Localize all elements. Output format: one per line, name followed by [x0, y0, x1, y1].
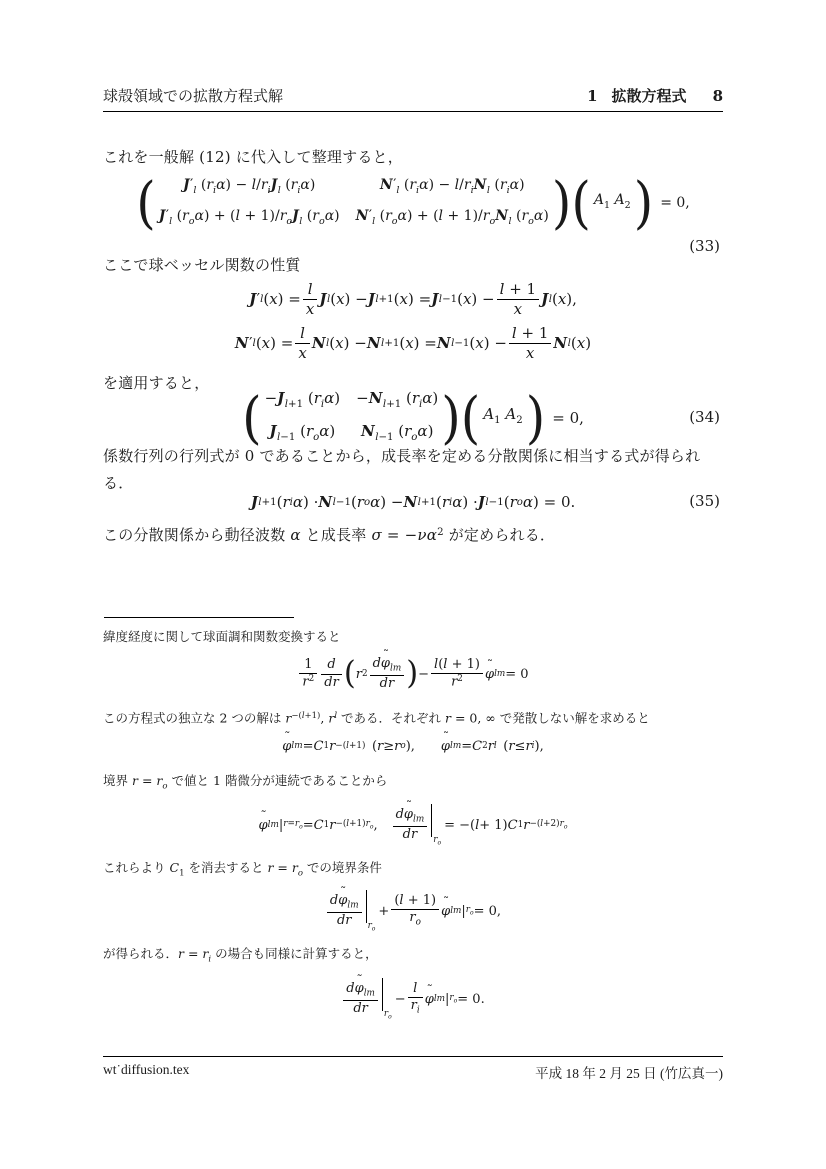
- equation-35: Jl+1 (riα) · Nl−1 (roα) − Nl+1 (riα) · J…: [103, 489, 723, 515]
- equation-rhs: = 0,: [552, 409, 584, 427]
- footnote-equation-1: 1r2 ddr ( r2d˜φlmdr ) − l(l + 1)r2 ˜φlm …: [103, 646, 723, 702]
- footnote-equation-5: d˜φlmdrro − lri˜φlm|ro = 0.: [103, 966, 723, 1032]
- footnote-equation-4: d˜φlmdrro + (l + 1)ro˜φlm|ro = 0,: [103, 880, 723, 942]
- footnote-line-3: 境界 r = ro で値と 1 階微分が連続であることから: [103, 771, 725, 796]
- footnote-line-1: 緯度経度に関して球面調和関数変換すると: [103, 627, 725, 647]
- equation-tag-34: (34): [689, 408, 720, 426]
- footnote-line-2: この方程式の独立な 2 つの解は r−(l+1), rl である．それぞれ r …: [103, 706, 725, 728]
- footnote-equation-2: ˜φlm = C1r−(l+1) (r ≥ ro), ˜φlm = C2rl (…: [103, 730, 723, 762]
- equation-tag-35: (35): [689, 492, 720, 510]
- paragraph-dispersion: この分散関係から動径波数 α と成長率 σ = −να2 が定められる．: [103, 519, 725, 549]
- page-header: 球殻領域での拡散方程式解 1 拡散方程式 8: [103, 85, 723, 106]
- footnote-rule: [104, 617, 294, 618]
- equation-rhs: = 0,: [660, 195, 690, 211]
- matrix-cell: J′l (riα) − l/riJl (riα): [159, 174, 340, 202]
- matrix-close-paren: ): [441, 390, 461, 446]
- vector-cell: A1: [483, 405, 500, 423]
- vector-cell: A2: [505, 405, 522, 423]
- matrix-cell: J′l (roα) + (l + 1)/roJl (roα): [159, 205, 340, 233]
- vector-open-paren: (: [461, 390, 481, 446]
- header-title: 球殻領域での拡散方程式解: [103, 85, 283, 106]
- paragraph-bessel-intro: ここで球ベッセル関数の性質: [103, 253, 725, 280]
- bessel-identity-j: J′l(x) = lxJl(x) − Jl+1(x) = Jl−1(x) − l…: [249, 278, 577, 320]
- footnote-equation-3: ˜φlm|r=ro = C1r−(l+1)ro, d˜φlmdrro = −(l…: [103, 794, 723, 856]
- matrix-cell: −Nl+1 (riα): [356, 387, 438, 416]
- matrix-open-paren: (: [242, 390, 262, 446]
- header-rule: [103, 111, 723, 112]
- vector-close-paren: ): [526, 390, 546, 446]
- document-page: 球殻領域での拡散方程式解 1 拡散方程式 8 これを一般解 (12) に代入して…: [0, 0, 826, 1169]
- vector-cell: A1: [594, 192, 610, 208]
- header-section: 1 拡散方程式 8: [587, 85, 723, 106]
- vector-cell: A2: [615, 192, 631, 208]
- matrix-cell: −Jl+1 (riα): [265, 387, 341, 416]
- bessel-identities: J′l(x) = lxJl(x) − Jl+1(x) = Jl−1(x) − l…: [103, 278, 723, 364]
- paragraph-intro: これを一般解 (12) に代入して整理すると，: [103, 144, 725, 171]
- matrix-cell: N′l (riα) − l/riNl (riα): [356, 174, 549, 202]
- vector-open-paren: (: [571, 175, 591, 231]
- header-page-number: 8: [713, 87, 723, 105]
- vector-close-paren: ): [634, 175, 654, 231]
- bessel-identity-n: N′l(x) = lxNl(x) − Nl+1(x) = Nl−1(x) − l…: [235, 322, 591, 364]
- header-section-title: 拡散方程式: [612, 85, 687, 106]
- footer-rule: [103, 1056, 723, 1057]
- footer-date-author: 平成 18 年 2 月 25 日 (竹広真一): [535, 1062, 723, 1082]
- footer-filename: wt˙diffusion.tex: [103, 1062, 189, 1082]
- header-section-number: 1: [587, 87, 597, 105]
- equation-33: ( J′l (riα) − l/riJl (riα) N′l (riα) − l…: [103, 168, 723, 238]
- equation-34: ( −Jl+1 (riα) −Nl+1 (riα) Jl−1 (roα) Nl−…: [103, 390, 723, 446]
- matrix-close-paren: ): [552, 175, 572, 231]
- page-footer: wt˙diffusion.tex 平成 18 年 2 月 25 日 (竹広真一): [103, 1062, 723, 1082]
- matrix-cell: N′l (roα) + (l + 1)/roNl (roα): [356, 205, 549, 233]
- matrix-open-paren: (: [136, 175, 156, 231]
